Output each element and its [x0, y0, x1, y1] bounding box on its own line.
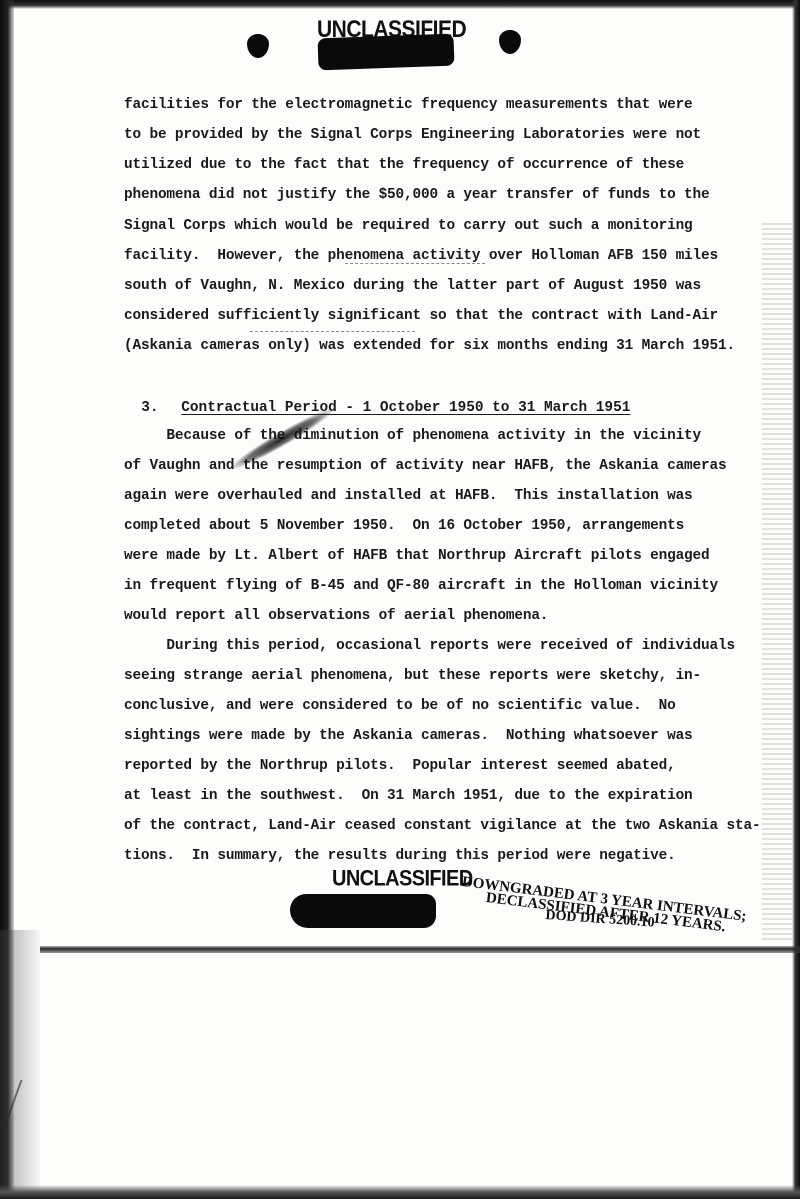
- text-line: During this period, occasional reports w…: [124, 638, 735, 654]
- pen-underline: [250, 331, 415, 332]
- text-line: tions. In summary, the results during th…: [124, 848, 676, 864]
- scan-noise-right: [762, 220, 792, 940]
- text-line: at least in the southwest. On 31 March 1…: [124, 788, 693, 804]
- text-line: to be provided by the Signal Corps Engin…: [124, 127, 701, 143]
- text-line: (Askania cameras only) was extended for …: [124, 338, 735, 354]
- redaction-bar-bottom: [290, 894, 436, 928]
- scan-border-top: [0, 0, 800, 9]
- pen-underline: [345, 263, 485, 264]
- text-line: conclusive, and were considered to be of…: [124, 698, 676, 714]
- scan-border-right: [792, 0, 800, 1199]
- text-line: seeing strange aerial phenomena, but the…: [124, 668, 701, 684]
- text-line: of the contract, Land-Air ceased constan…: [124, 818, 760, 834]
- text-line: of Vaughn and the resumption of activity…: [124, 458, 727, 474]
- text-line: utilized due to the fact that the freque…: [124, 157, 684, 173]
- text-line: Signal Corps which would be required to …: [124, 218, 693, 234]
- section-heading: 3.Contractual Period - 1 October 1950 to…: [124, 384, 630, 416]
- punch-hole-icon: [247, 34, 269, 58]
- text-line: would report all observations of aerial …: [124, 608, 548, 624]
- redaction-bar-top: [317, 34, 454, 71]
- text-line: in frequent flying of B-45 and QF-80 air…: [124, 578, 718, 594]
- text-line: facility. However, the phenomena activit…: [124, 248, 718, 264]
- section-number: 3.: [141, 400, 181, 416]
- page-edge-line: [40, 946, 800, 953]
- scan-border-bottom: [0, 1185, 800, 1199]
- text-line: south of Vaughn, N. Mexico during the la…: [124, 278, 701, 294]
- text-line: Because of the diminution of phenomena a…: [124, 428, 701, 444]
- text-line: were made by Lt. Albert of HAFB that Nor…: [124, 548, 710, 564]
- punch-hole-icon: [499, 30, 521, 54]
- section-title: Contractual Period - 1 October 1950 to 3…: [181, 400, 630, 416]
- text-line: completed about 5 November 1950. On 16 O…: [124, 518, 684, 534]
- text-line: considered sufficiently significant so t…: [124, 308, 718, 324]
- classification-footer: UNCLASSIFIED: [332, 867, 473, 893]
- text-line: facilities for the electromagnetic frequ…: [124, 97, 693, 113]
- text-line: reported by the Northrup pilots. Popular…: [124, 758, 676, 774]
- text-line: again were overhauled and installed at H…: [124, 488, 693, 504]
- text-line: phenomena did not justify the $50,000 a …: [124, 187, 710, 203]
- text-line: sightings were made by the Askania camer…: [124, 728, 693, 744]
